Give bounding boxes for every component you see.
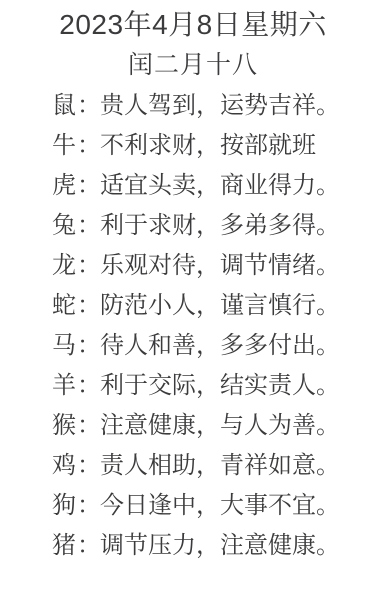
zodiac-separator: ： <box>76 166 100 206</box>
zodiac-label: 狗 <box>52 486 76 526</box>
zodiac-label: 猴 <box>52 406 76 446</box>
zodiac-fortune-text: 待人和善，多多付出。 <box>100 326 340 366</box>
zodiac-row-ox: 牛：不利求财，按部就班 <box>52 126 386 166</box>
zodiac-separator: ： <box>76 206 100 246</box>
zodiac-fortune-text: 责人相助，青祥如意。 <box>100 446 340 486</box>
zodiac-label: 鼠 <box>52 86 76 126</box>
zodiac-fortune-text: 利于交际，结实责人。 <box>100 366 340 406</box>
zodiac-separator: ： <box>76 526 100 566</box>
zodiac-fortune-text: 乐观对待，调节情绪。 <box>100 246 340 286</box>
horoscope-page: 2023年4月8日星期六 闰二月十八 鼠：贵人驾到，运势吉祥。 牛：不利求财，按… <box>0 0 386 600</box>
lunar-date-subtitle: 闰二月十八 <box>0 45 386 86</box>
zodiac-label: 马 <box>52 326 76 366</box>
zodiac-separator: ： <box>76 126 100 166</box>
zodiac-row-rabbit: 兔：利于求财，多弟多得。 <box>52 206 386 246</box>
zodiac-separator: ： <box>76 246 100 286</box>
zodiac-separator: ： <box>76 486 100 526</box>
zodiac-separator: ： <box>76 406 100 446</box>
zodiac-row-monkey: 猴：注意健康，与人为善。 <box>52 406 386 446</box>
zodiac-label: 虎 <box>52 166 76 206</box>
zodiac-fortune-text: 不利求财，按部就班 <box>100 126 316 166</box>
zodiac-separator: ： <box>76 446 100 486</box>
zodiac-row-goat: 羊：利于交际，结实责人。 <box>52 366 386 406</box>
zodiac-label: 牛 <box>52 126 76 166</box>
zodiac-fortune-text: 调节压力，注意健康。 <box>100 526 340 566</box>
zodiac-label: 龙 <box>52 246 76 286</box>
zodiac-label: 兔 <box>52 206 76 246</box>
zodiac-label: 蛇 <box>52 286 76 326</box>
zodiac-label: 猪 <box>52 526 76 566</box>
zodiac-separator: ： <box>76 326 100 366</box>
zodiac-row-tiger: 虎：适宜头卖，商业得力。 <box>52 166 386 206</box>
zodiac-separator: ： <box>76 86 100 126</box>
zodiac-fortune-text: 注意健康，与人为善。 <box>100 406 340 446</box>
zodiac-row-snake: 蛇：防范小人，谨言慎行。 <box>52 286 386 326</box>
zodiac-separator: ： <box>76 366 100 406</box>
zodiac-row-dog: 狗：今日逢中，大事不宜。 <box>52 486 386 526</box>
zodiac-separator: ： <box>76 286 100 326</box>
zodiac-label: 鸡 <box>52 446 76 486</box>
zodiac-fortune-text: 适宜头卖，商业得力。 <box>100 166 340 206</box>
zodiac-row-rat: 鼠：贵人驾到，运势吉祥。 <box>52 86 386 126</box>
zodiac-row-dragon: 龙：乐观对待，调节情绪。 <box>52 246 386 286</box>
date-title: 2023年4月8日星期六 <box>0 5 386 45</box>
zodiac-fortune-text: 防范小人，谨言慎行。 <box>100 286 340 326</box>
zodiac-fortune-text: 今日逢中，大事不宜。 <box>100 486 340 526</box>
zodiac-row-horse: 马：待人和善，多多付出。 <box>52 326 386 366</box>
zodiac-row-pig: 猪：调节压力，注意健康。 <box>52 526 386 566</box>
zodiac-label: 羊 <box>52 366 76 406</box>
zodiac-fortune-text: 贵人驾到，运势吉祥。 <box>100 86 340 126</box>
zodiac-row-rooster: 鸡：责人相助，青祥如意。 <box>52 446 386 486</box>
zodiac-fortune-text: 利于求财，多弟多得。 <box>100 206 340 246</box>
zodiac-fortune-list: 鼠：贵人驾到，运势吉祥。 牛：不利求财，按部就班 虎：适宜头卖，商业得力。 兔：… <box>0 86 386 566</box>
